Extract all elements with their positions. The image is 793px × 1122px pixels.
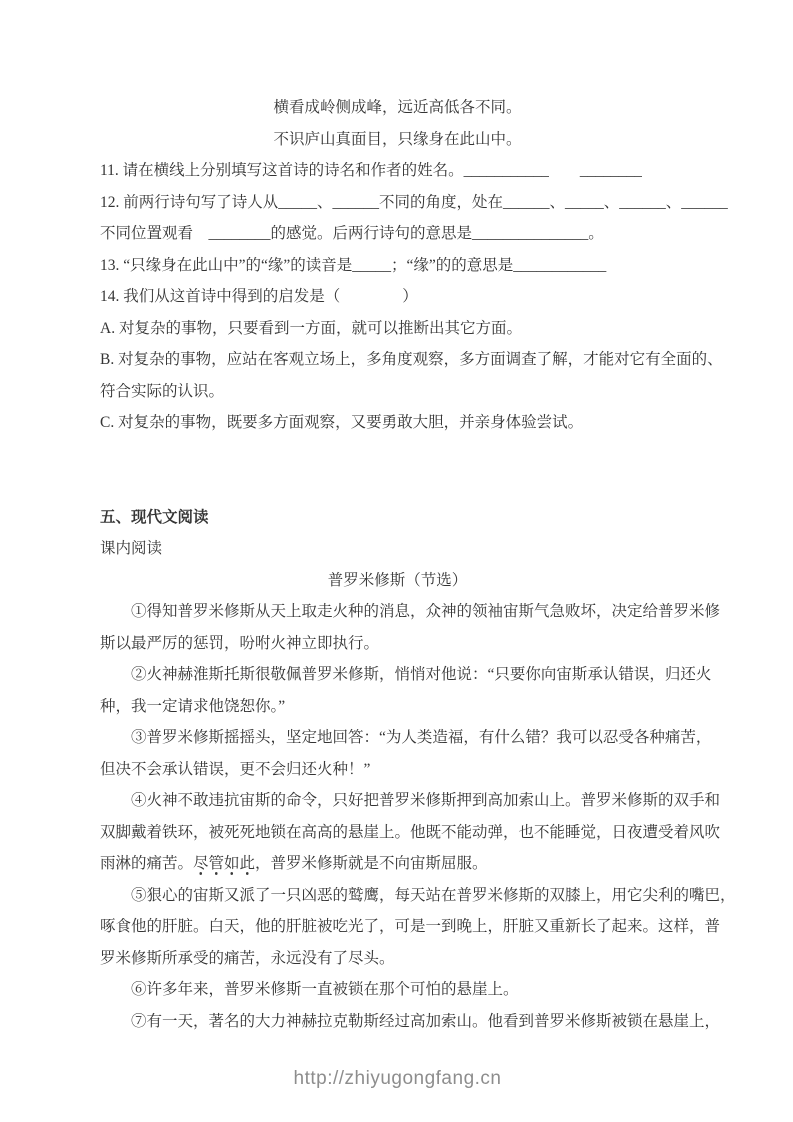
paragraph-5-line-1: ⑤狠心的宙斯又派了一只凶恶的鹫鹰，每天站在普罗米修斯的双膝上，用它尖利的嘴巴， [100,880,695,912]
question-14-option-a: A. 对复杂的事物，只要看到一方面，就可以推断出其它方面。 [100,313,695,345]
section-divider-space [100,439,695,502]
poem-line-2: 不识庐山真面目，只缘身在此山中。 [100,124,695,156]
paragraph-1-line-2: 斯以最严厉的惩罚，吩咐火神立即执行。 [100,628,695,660]
paragraph-1-line-1: ①得知普罗米修斯从天上取走火种的消息，众神的领袖宙斯气急败坏，决定给普罗米修 [100,596,695,628]
paragraph-5-line-2: 啄食他的肝脏。白天，他的肝脏被吃光了，可是一到晚上，肝脏又重新长了起来。这样，普 [100,911,695,943]
paragraph-3-line-2: 但决不会承认错误，更不会归还火种！” [100,754,695,786]
footer-url: http://zhiyugongfang.cn [100,1067,695,1091]
question-14-option-b-line-1: B. 对复杂的事物，应站在客观立场上，多角度观察，多方面调查了解，才能对它有全面… [100,344,695,376]
question-14-option-b-line-2: 符合实际的认识。 [100,376,695,408]
question-14: 14. 我们从这首诗中得到的启发是（ ） [100,281,695,313]
paragraph-text: ，普罗米修斯就是不向宙斯屈服。 [255,855,488,872]
question-13: 13. “只缘身在此山中”的“缘”的读音是_____；“缘”的的意思是_____… [100,250,695,282]
question-12-line-2: 不同位置观看 ________的感觉。后两行诗句的意思是____________… [100,218,695,250]
question-14-option-c: C. 对复杂的事物，既要多方面观察，又要勇敢大胆，并亲身体验尝试。 [100,407,695,439]
poem-line-1: 横看成岭侧成峰，远近高低各不同。 [100,92,695,124]
paragraph-4-line-3: 雨淋的痛苦。尽管如此，普罗米修斯就是不向宙斯屈服。 [100,848,695,880]
emphasis-dots-text: 尽管如此 [193,855,255,876]
reading-type-label: 课内阅读 [100,533,695,565]
question-12-line-1: 12. 前两行诗句写了诗人从_____、______不同的角度，处在______… [100,187,695,219]
paragraph-4-line-2: 双脚戴着铁环，被死死地锁在高高的悬崖上。他既不能动弹，也不能睡觉，日夜遭受着风吹 [100,817,695,849]
paragraph-5-line-3: 罗米修斯所承受的痛苦，永远没有了尽头。 [100,943,695,975]
paragraph-text: 雨淋的痛苦。 [100,855,193,872]
question-11: 11. 请在横线上分别填写这首诗的诗名和作者的姓名。___________ __… [100,155,695,187]
paragraph-2-line-1: ②火神赫淮斯托斯很敬佩普罗米修斯，悄悄对他说：“只要你向宙斯承认错误，归还火 [100,659,695,691]
paragraph-6-line-1: ⑥许多年来，普罗米修斯一直被锁在那个可怕的悬崖上。 [100,974,695,1006]
paragraph-3-line-1: ③普罗米修斯摇摇头，坚定地回答：“为人类造福，有什么错？我可以忍受各种痛苦， [100,722,695,754]
paragraph-2-line-2: 种，我一定请求他饶恕你。” [100,691,695,723]
section-heading: 五、现代文阅读 [100,502,695,534]
reading-title: 普罗米修斯（节选） [100,565,695,597]
paragraph-4-line-1: ④火神不敢违抗宙斯的命令，只好把普罗米修斯押到高加索山上。普罗米修斯的双手和 [100,785,695,817]
paragraph-7-line-1: ⑦有一天，著名的大力神赫拉克勒斯经过高加索山。他看到普罗米修斯被锁在悬崖上， [100,1006,695,1038]
exam-document-page: 横看成岭侧成峰，远近高低各不同。 不识庐山真面目，只缘身在此山中。 11. 请在… [0,0,793,1122]
